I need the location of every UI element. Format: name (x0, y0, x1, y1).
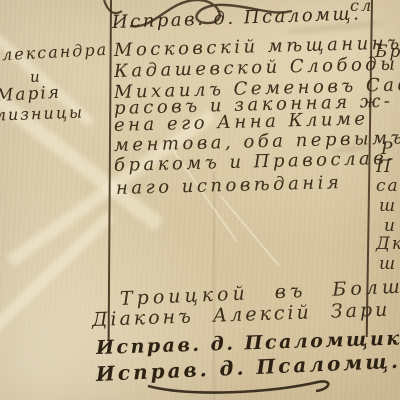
document-scan: Исправ. д. Псаломщ. сл Александра и Марі… (0, 0, 400, 400)
edge-fragment: са (376, 176, 400, 196)
name-column-line: близницы (0, 103, 84, 125)
ink-flourish-signature (140, 374, 350, 400)
edge-fragment: Р (381, 139, 394, 159)
edge-fragment: Дк (376, 234, 400, 254)
edge-fragment: и (384, 216, 397, 236)
record-text-line: наго исповѣданія (116, 172, 343, 199)
edge-fragment: сл (350, 0, 373, 15)
name-column-line: Марія (0, 83, 62, 106)
name-column-line: Александра (0, 40, 109, 65)
edge-fragment: П (376, 157, 393, 177)
edge-fragment: ш (379, 196, 397, 216)
edge-fragment: Бр (375, 42, 400, 62)
edge-fragment: ш (379, 254, 397, 274)
